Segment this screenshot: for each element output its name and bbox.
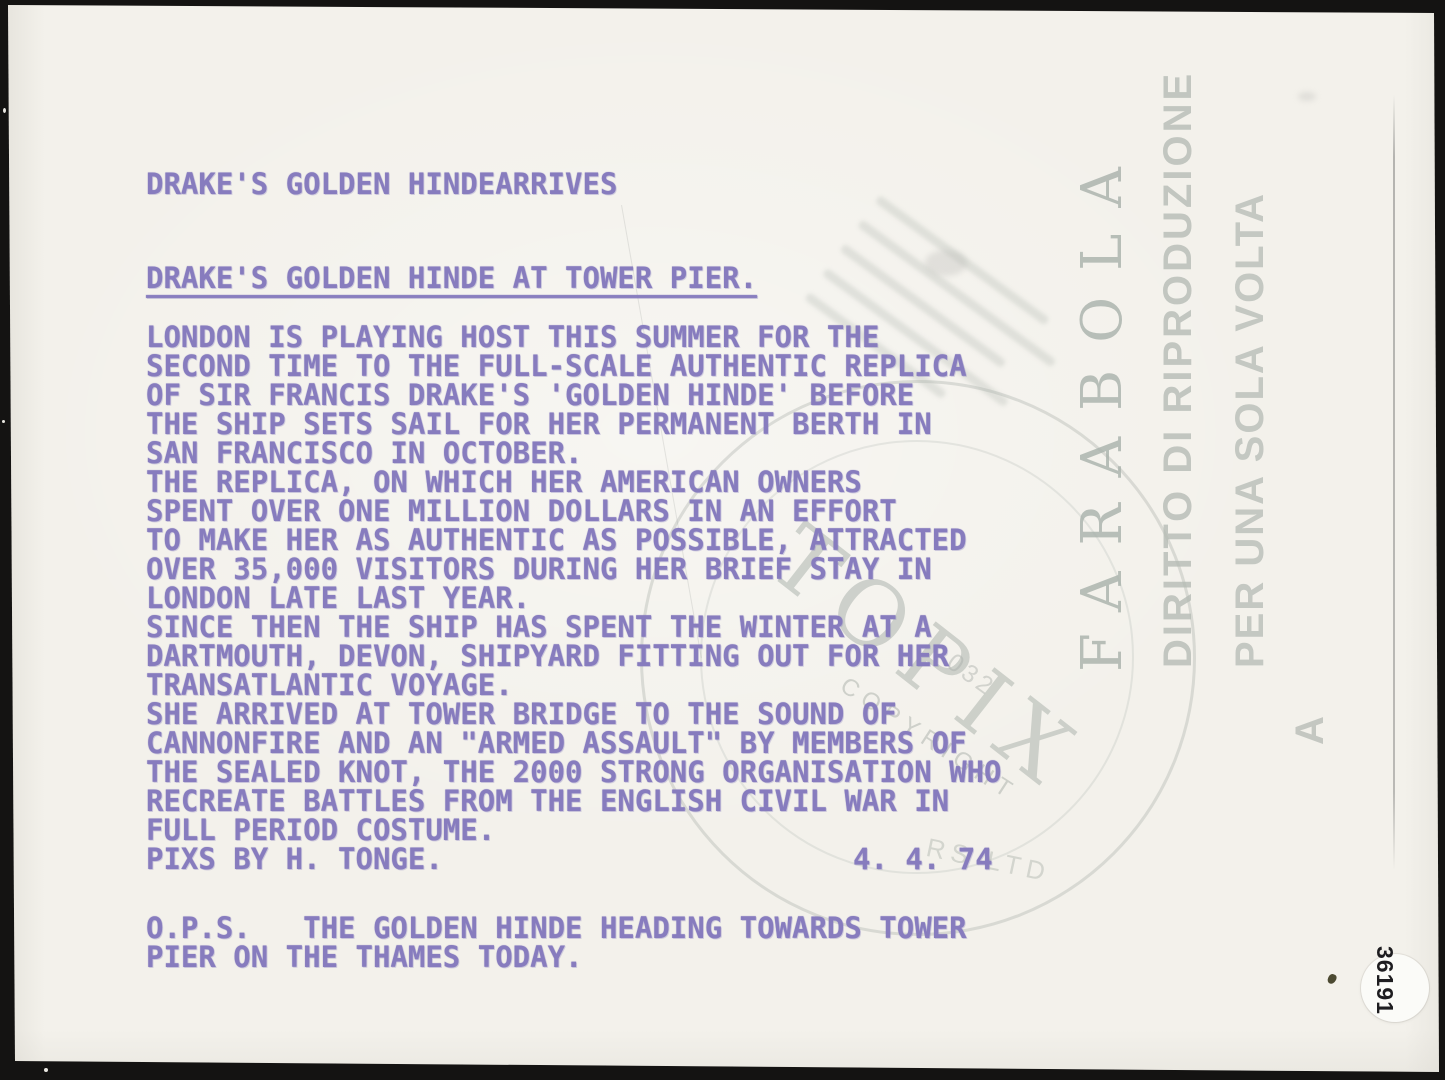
photographer-credit-line: PIXS BY H. TONGE. bbox=[146, 845, 443, 874]
farabola-watermark-text: FARABOLA bbox=[1070, 141, 1135, 672]
series-letter: A bbox=[1288, 716, 1333, 745]
ops-caption-text: O.P.S. THE GOLDEN HINDE HEADING TOWARDS … bbox=[146, 914, 967, 972]
dust-speck bbox=[44, 1068, 48, 1072]
crease-line bbox=[1393, 95, 1395, 870]
archive-number: 36191 bbox=[1371, 946, 1398, 1015]
date-stamp: 4. 4. 74 bbox=[853, 845, 993, 874]
single-use-rights-text: PER UNA SOLA VOLTA bbox=[1228, 192, 1273, 668]
scanned-photo-back: TOPIX COPYRIGHT 032 RS LTD FARABOLA DIRI… bbox=[0, 0, 1445, 1080]
photo-paper: TOPIX COPYRIGHT 032 RS LTD FARABOLA DIRI… bbox=[0, 0, 1445, 1080]
slug-line: DRAKE'S GOLDEN HINDEARRIVES bbox=[146, 170, 617, 199]
caption-headline: DRAKE'S GOLDEN HINDE AT TOWER PIER. bbox=[146, 264, 757, 293]
reproduction-rights-text: DIRITTO DI RIPRODUZIONE bbox=[1156, 71, 1201, 668]
ink-speck bbox=[1326, 973, 1337, 985]
paper-smudge bbox=[1298, 92, 1316, 101]
paper-smudge bbox=[925, 250, 967, 276]
dust-speck bbox=[3, 108, 6, 113]
caption-body-text: LONDON IS PLAYING HOST THIS SUMMER FOR T… bbox=[146, 323, 1002, 845]
dust-speck bbox=[2, 420, 5, 423]
